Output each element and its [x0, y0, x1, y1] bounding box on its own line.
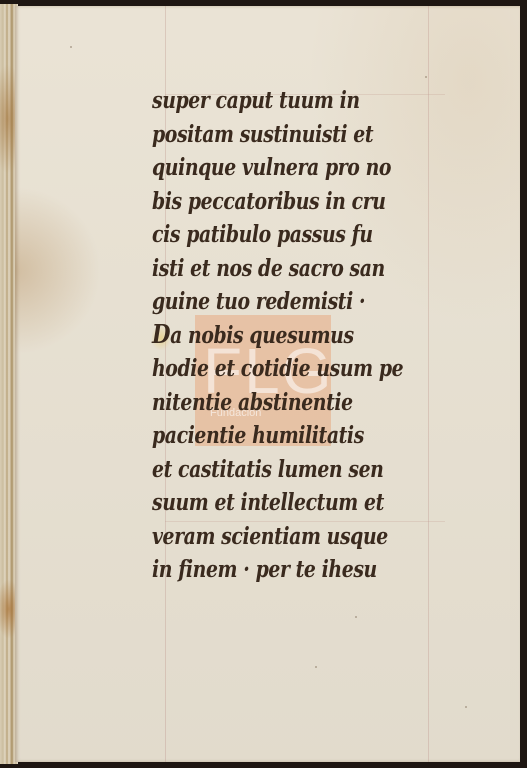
manuscript-text-block: super caput tuum in positam sustinuisti … — [152, 84, 442, 587]
text-line: isti et nos de sacro san — [152, 252, 390, 286]
paper-speck — [355, 616, 357, 618]
text-line: suum et intellectum et — [152, 486, 390, 520]
paper-speck — [425, 76, 427, 78]
touched-initial-letter: D — [152, 320, 170, 350]
text-line: hodie et cotidie usum pe — [152, 352, 390, 386]
text-line: nitentie abstinentie — [152, 386, 390, 420]
text-line-with-initial: Da nobis quesumus — [152, 319, 390, 353]
text-line: bis peccatoribus in cru — [152, 185, 390, 219]
manuscript-scan: FLG Fundacion super caput tuum in posita… — [0, 0, 527, 768]
text-line: cis patibulo passus fu — [152, 218, 390, 252]
paper-speck — [315, 666, 317, 668]
paper-speck — [70, 46, 72, 48]
text-line: quinque vulnera pro no — [152, 151, 390, 185]
text-line: in finem · per te ihesu — [152, 553, 390, 587]
text-line-rest: a nobis quesumus — [170, 322, 354, 349]
text-line: guine tuo redemisti · — [152, 285, 390, 319]
text-line: veram scientiam usque — [152, 520, 390, 554]
text-line: positam sustinuisti et — [152, 118, 390, 152]
text-line: super caput tuum in — [152, 84, 390, 118]
text-line: pacientie humilitatis — [152, 419, 390, 453]
text-line: et castitatis lumen sen — [152, 453, 390, 487]
paper-speck — [465, 706, 467, 708]
